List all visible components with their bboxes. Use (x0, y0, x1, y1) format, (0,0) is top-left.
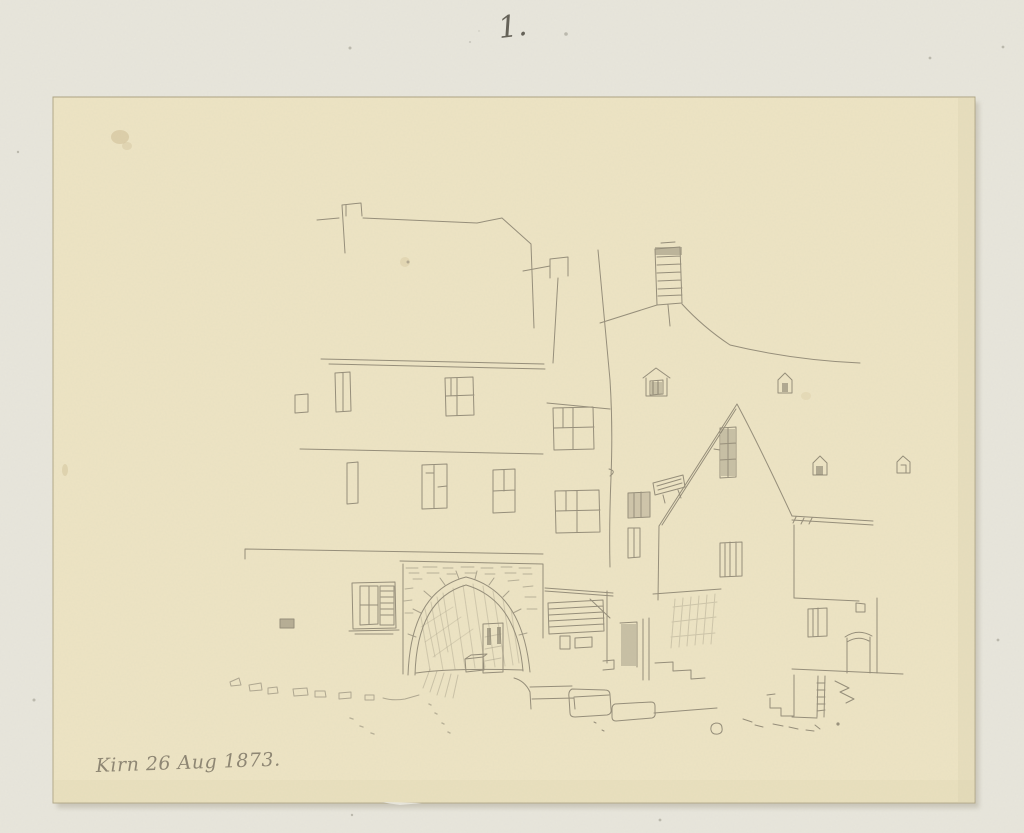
drawing-scan: 1. (0, 0, 1024, 833)
scanned-drawing-page: 1. (0, 0, 1024, 833)
scan-grain-texture (0, 0, 1024, 833)
